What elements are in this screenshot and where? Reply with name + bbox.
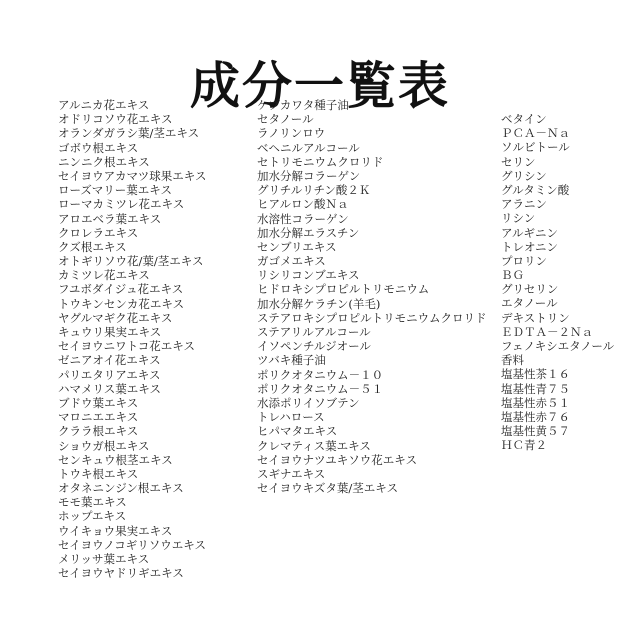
ingredient-item: クロレラエキス: [58, 226, 206, 240]
ingredient-item: ツバキ種子油: [257, 353, 487, 367]
ingredient-item: オタネニンジン根エキス: [58, 481, 206, 495]
ingredient-item: アルギニン: [501, 226, 614, 240]
ingredient-item: アルニカ花エキス: [58, 98, 206, 112]
ingredient-item: ショウガ根エキス: [58, 439, 206, 453]
ingredient-item: スギナエキス: [257, 467, 487, 481]
ingredient-item: デキストリン: [501, 311, 614, 325]
ingredient-item: トレオニン: [501, 240, 614, 254]
ingredient-item: トレハロース: [257, 410, 487, 424]
ingredient-item: 水添ポリイソブテン: [257, 396, 487, 410]
ingredient-item: ケブカワタ種子油: [257, 98, 487, 112]
ingredient-column-3: ベタインＰＣＡ－Ｎａソルビトールセリングリシングルタミン酸アラニンリシンアルギニ…: [501, 112, 614, 453]
ingredient-item: グリセリン: [501, 282, 614, 296]
ingredient-item: マロニエエキス: [58, 410, 206, 424]
ingredient-item: センブリエキス: [257, 240, 487, 254]
ingredient-item: メリッサ葉エキス: [58, 552, 206, 566]
ingredient-item: セイヨウヤドリギエキス: [58, 566, 206, 580]
ingredient-item: ローマカミツレ花エキス: [58, 197, 206, 211]
ingredient-item: ソルビトール: [501, 140, 614, 154]
ingredient-item: ガゴメエキス: [257, 254, 487, 268]
ingredient-item: ＰＣＡ－Ｎａ: [501, 126, 614, 140]
ingredient-item: 加水分解コラーゲン: [257, 169, 487, 183]
ingredient-item: エタノール: [501, 296, 614, 310]
ingredient-item: 塩基性青７５: [501, 382, 614, 396]
ingredient-item: リシリコンブエキス: [257, 268, 487, 282]
ingredient-column-2: ケブカワタ種子油セタノールラノリンロウベヘニルアルコールセトリモニウムクロリド加…: [257, 98, 487, 495]
ingredient-item: アラニン: [501, 197, 614, 211]
ingredient-item: セイヨウニワトコ花エキス: [58, 339, 206, 353]
ingredient-item: ＨＣ青２: [501, 438, 614, 452]
ingredient-item: クララ根エキス: [58, 424, 206, 438]
ingredient-item: グリシン: [501, 169, 614, 183]
ingredient-item: セタノール: [257, 112, 487, 126]
ingredient-item: 塩基性赤５１: [501, 396, 614, 410]
ingredient-item: ポリクオタニウム－１０: [257, 368, 487, 382]
ingredient-item: ヒアルロン酸Ｎａ: [257, 197, 487, 211]
ingredient-item: 塩基性黄５７: [501, 424, 614, 438]
ingredient-item: ローズマリー葉エキス: [58, 183, 206, 197]
ingredient-item: オランダガラシ葉/茎エキス: [58, 126, 206, 140]
ingredient-item: カミツレ花エキス: [58, 268, 206, 282]
ingredient-item: ハマメリス葉エキス: [58, 382, 206, 396]
ingredient-item: ニンニク根エキス: [58, 155, 206, 169]
ingredient-item: フェノキシエタノール: [501, 339, 614, 353]
ingredient-item: ラノリンロウ: [257, 126, 487, 140]
ingredient-item: セトリモニウムクロリド: [257, 155, 487, 169]
ingredient-item: ウイキョウ果実エキス: [58, 524, 206, 538]
ingredient-item: 塩基性赤７６: [501, 410, 614, 424]
ingredient-item: ステアロキシプロピルトリモニウムクロリド: [257, 311, 487, 325]
ingredient-item: セイヨウナツユキソウ花エキス: [257, 453, 487, 467]
ingredient-item: 加水分解エラスチン: [257, 226, 487, 240]
ingredient-item: ＥＤＴＡ－２Ｎａ: [501, 325, 614, 339]
ingredient-item: 水溶性コラーゲン: [257, 212, 487, 226]
ingredient-item: グルタミン酸: [501, 183, 614, 197]
ingredient-item: ポリクオタニウム－５１: [257, 382, 487, 396]
ingredient-item: ヤグルマギク花エキス: [58, 311, 206, 325]
ingredient-item: ゴボウ根エキス: [58, 141, 206, 155]
ingredient-item: イソペンチルジオール: [257, 339, 487, 353]
ingredient-item: セイヨウノコギリソウエキス: [58, 538, 206, 552]
ingredient-item: パリエタリアエキス: [58, 368, 206, 382]
ingredient-item: プロリン: [501, 254, 614, 268]
ingredient-item: トウキ根エキス: [58, 467, 206, 481]
ingredient-item: モモ葉エキス: [58, 495, 206, 509]
ingredient-item: 加水分解ケラチン(羊毛): [257, 297, 487, 311]
ingredient-item: ベヘニルアルコール: [257, 141, 487, 155]
ingredient-item: アロエベラ葉エキス: [58, 212, 206, 226]
ingredient-item: フユボダイジュ花エキス: [58, 282, 206, 296]
ingredient-item: クレマティス葉エキス: [257, 439, 487, 453]
ingredient-item: ゼニアオイ花エキス: [58, 353, 206, 367]
ingredient-item: ステアリルアルコール: [257, 325, 487, 339]
ingredient-item: グリチルリチン酸２Ｋ: [257, 183, 487, 197]
ingredient-column-1: アルニカ花エキスオドリコソウ花エキスオランダガラシ葉/茎エキスゴボウ根エキスニン…: [58, 98, 206, 580]
ingredient-item: ベタイン: [501, 112, 614, 126]
ingredient-item: セイヨウアカマツ球果エキス: [58, 169, 206, 183]
ingredient-item: トウキンセンカ花エキス: [58, 297, 206, 311]
ingredient-item: ヒドロキシプロピルトリモニウム: [257, 282, 487, 296]
ingredient-item: センキュウ根茎エキス: [58, 453, 206, 467]
ingredient-item: ＢＧ: [501, 268, 614, 282]
ingredient-item: オドリコソウ花エキス: [58, 112, 206, 126]
ingredient-item: 塩基性茶１６: [501, 367, 614, 381]
ingredient-item: 香料: [501, 353, 614, 367]
ingredient-item: リシン: [501, 211, 614, 225]
ingredient-item: セイヨウキズタ葉/茎エキス: [257, 481, 487, 495]
ingredient-item: セリン: [501, 155, 614, 169]
ingredient-item: クズ根エキス: [58, 240, 206, 254]
ingredient-item: オトギリソウ花/葉/茎エキス: [58, 254, 206, 268]
ingredient-item: ヒパマタエキス: [257, 424, 487, 438]
ingredient-item: ホップエキス: [58, 509, 206, 523]
ingredient-item: ブドウ葉エキス: [58, 396, 206, 410]
ingredient-item: キュウリ果実エキス: [58, 325, 206, 339]
